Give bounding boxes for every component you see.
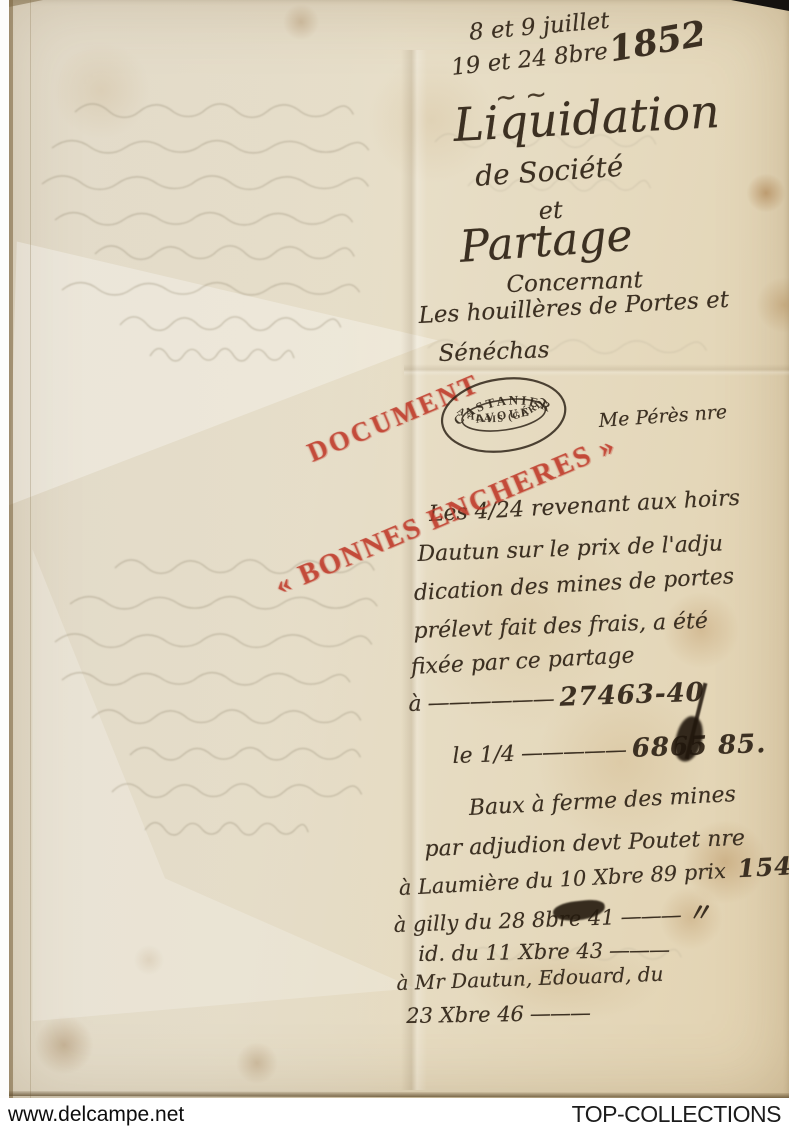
underlying-sheet-edge — [30, 0, 31, 1098]
watermark-bar: www.delcampe.net TOP-COLLECTIONS — [0, 1098, 789, 1133]
watermark-site-url: www.delcampe.net — [8, 1103, 184, 1127]
body-line: 23 Xbre 46——— — [406, 997, 596, 1029]
paper-left-edge — [9, 0, 13, 1098]
subject-line-senechas: Sénéchas — [438, 337, 550, 367]
scanned-document-photo: 8 et 9 juillet 19 et 24 8bre 1852 ∼ ∼ Li… — [0, 0, 789, 1133]
watermark-seller-name: TOP-COLLECTIONS — [572, 1101, 781, 1128]
